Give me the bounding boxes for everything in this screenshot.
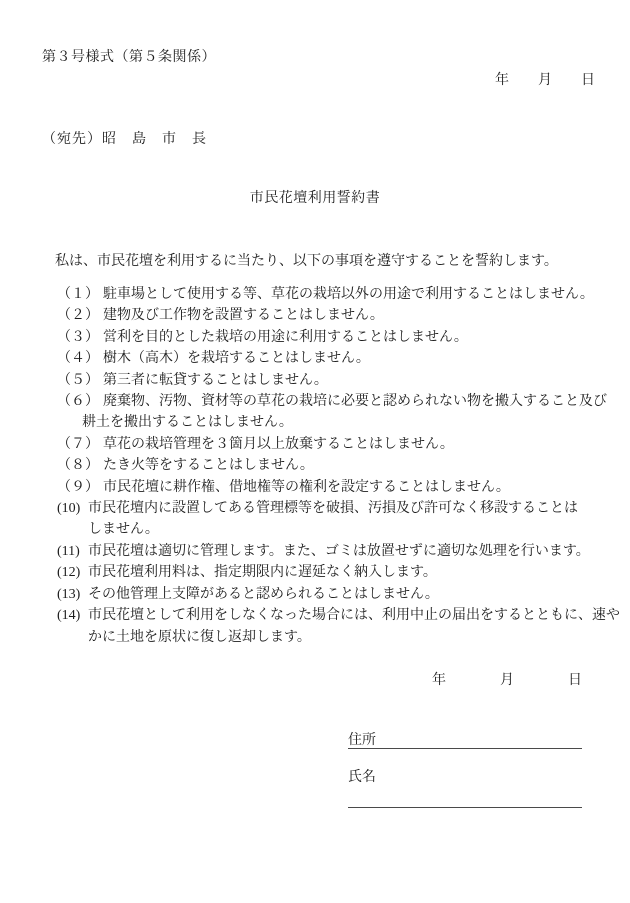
item-text: 営利を目的とした栽培の用途に利用することはしません。 <box>103 327 468 348</box>
item-text: 駐車場として使用する等、草花の栽培以外の用途で利用することはしません。 <box>103 284 594 305</box>
address-label: 住所 <box>348 733 376 748</box>
pledge-item: (13)その他管理上支障があると認められることはしません。 <box>57 584 617 605</box>
pledge-form-document: 第３号様式（第５条関係） 年 月 日 （宛先）昭 島 市 長 市民花壇利用誓約書… <box>0 0 630 903</box>
year-label: 年 <box>495 69 509 89</box>
item-number: (10) <box>57 498 88 541</box>
item-number: （５） <box>57 370 103 391</box>
item-text: 草花の栽培管理を３箇月以上放棄することはしません。 <box>103 434 454 455</box>
pledge-item: (10)市民花壇内に設置してある管理標等を破損、汚損及び許可なく移設することはし… <box>57 498 617 541</box>
day-label: 日 <box>581 69 595 89</box>
item-number: (14) <box>57 605 88 648</box>
year-label: 年 <box>432 669 446 689</box>
name-signature-line <box>348 807 582 808</box>
item-text: 廃棄物、汚物、資材等の草花の栽培に必要と認められない物を搬入すること及び耕土を搬… <box>103 391 607 434</box>
pledge-item: （９）市民花壇に耕作権、借地権等の権利を設定することはしません。 <box>57 477 617 498</box>
address-field: 住所 <box>348 729 582 749</box>
item-number: （４） <box>57 348 103 369</box>
pledge-item: (14)市民花壇として利用をしなくなった場合には、利用中止の届出をするとともに、… <box>57 605 617 648</box>
pledge-item: （７）草花の栽培管理を３箇月以上放棄することはしません。 <box>57 434 617 455</box>
item-text: たき火等をすることはしません。 <box>103 455 314 476</box>
item-text: 市民花壇として利用をしなくなった場合には、利用中止の届出をするとともに、速やかに… <box>88 605 620 648</box>
item-text: 樹木（高木）を栽培することはしません。 <box>103 348 370 369</box>
day-label: 日 <box>568 669 582 689</box>
item-number: （１） <box>57 284 103 305</box>
item-number: （３） <box>57 327 103 348</box>
pledge-item: （５）第三者に転貸することはしません。 <box>57 370 617 391</box>
item-text: 市民花壇は適切に管理します。また、ゴミは放置せずに適切な処理を行います。 <box>88 541 590 562</box>
item-number: （７） <box>57 434 103 455</box>
item-text: 市民花壇に耕作権、借地権等の権利を設定することはしません。 <box>103 477 510 498</box>
pledge-item: （２）建物及び工作物を設置することはしません。 <box>57 305 617 326</box>
name-label: 氏名 <box>348 766 376 786</box>
item-text: その他管理上支障があると認められることはしません。 <box>88 584 439 605</box>
pledge-item: （８）たき火等をすることはしません。 <box>57 455 617 476</box>
item-number: (12) <box>57 562 88 583</box>
month-label: 月 <box>500 669 514 689</box>
pledge-item: (12)市民花壇利用料は、指定期限内に遅延なく納入します。 <box>57 562 617 583</box>
item-text: 第三者に転貸することはしません。 <box>103 370 328 391</box>
pledge-item: （４）樹木（高木）を栽培することはしません。 <box>57 348 617 369</box>
pledge-items: （１）駐車場として使用する等、草花の栽培以外の用途で利用することはしません。（２… <box>57 284 617 648</box>
recipient-line: （宛先）昭 島 市 長 <box>42 128 207 148</box>
pledge-item: （６）廃棄物、汚物、資材等の草花の栽培に必要と認められない物を搬入すること及び耕… <box>57 391 617 434</box>
pledge-item: （１）駐車場として使用する等、草花の栽培以外の用途で利用することはしません。 <box>57 284 617 305</box>
item-number: （２） <box>57 305 103 326</box>
month-label: 月 <box>538 69 552 89</box>
pledge-intro: 私は、市民花壇を利用するに当たり、以下の事項を遵守することを誓約します。 <box>55 250 558 270</box>
item-number: （９） <box>57 477 103 498</box>
document-title: 市民花壇利用誓約書 <box>0 187 630 207</box>
item-number: （８） <box>57 455 103 476</box>
item-number: (13) <box>57 584 88 605</box>
form-number: 第３号様式（第５条関係） <box>42 46 216 66</box>
pledge-item: （３）営利を目的とした栽培の用途に利用することはしません。 <box>57 327 617 348</box>
pledge-item: (11)市民花壇は適切に管理します。また、ゴミは放置せずに適切な処理を行います。 <box>57 541 617 562</box>
item-text: 市民花壇利用料は、指定期限内に遅延なく納入します。 <box>88 562 437 583</box>
item-text: 市民花壇内に設置してある管理標等を破損、汚損及び許可なく移設することはしません。 <box>88 498 578 541</box>
item-text: 建物及び工作物を設置することはしません。 <box>103 305 384 326</box>
item-number: (11) <box>57 541 88 562</box>
